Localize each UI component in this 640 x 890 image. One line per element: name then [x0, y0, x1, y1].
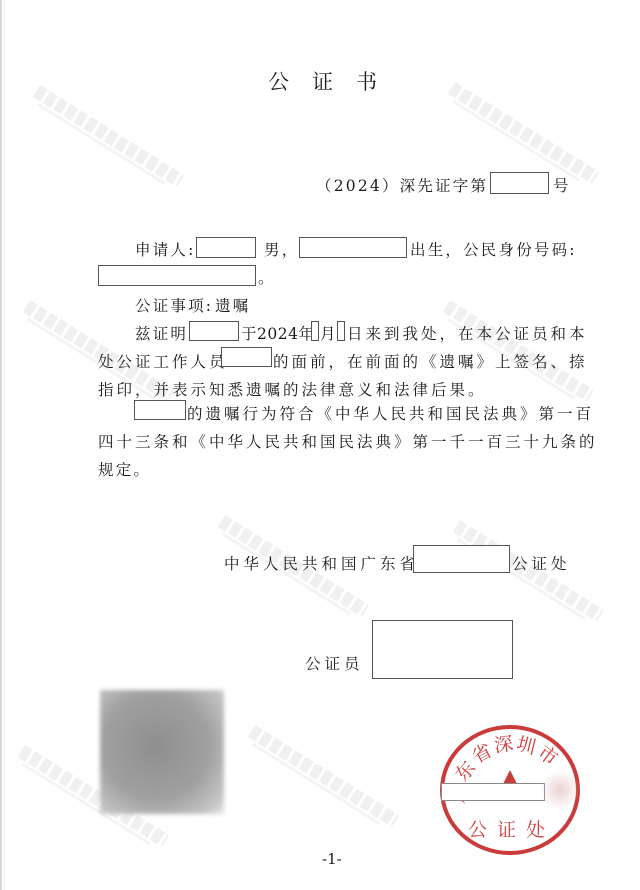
- id-suffix: 。: [258, 266, 276, 288]
- notary-label: 公证员: [305, 652, 364, 674]
- p1-text: 的面前，在前面的《遗嘱》上签名、捺: [273, 350, 588, 372]
- applicant-name-field[interactable]: [196, 237, 256, 258]
- p1-text: 指印，并表示知悉遗嘱的法律意义和法律后果。: [98, 378, 487, 400]
- case-number-prefix: （2024）深先证字第: [316, 174, 488, 196]
- title-char: 证: [312, 66, 356, 96]
- case-number-suffix: 号: [553, 174, 571, 196]
- birth-date-field[interactable]: [299, 237, 407, 258]
- applicant-gender: 男，: [264, 238, 299, 260]
- p1-staff-field[interactable]: [221, 347, 272, 367]
- seal-redaction: [441, 783, 545, 801]
- seal-bottom-text: 公证处: [468, 815, 555, 842]
- matter-label: 公证事项:: [135, 294, 213, 316]
- p1-month-label: 月: [320, 322, 338, 344]
- issuer-prefix: 中华人民共和国广东省: [224, 552, 419, 574]
- notary-signature-field[interactable]: [372, 620, 513, 679]
- applicant-label: 申请人:: [135, 238, 196, 260]
- title-char: 书: [356, 66, 400, 96]
- p1-date-prefix: 于2024年: [241, 322, 314, 344]
- redacted-image: [100, 690, 224, 814]
- p1-day-field[interactable]: [337, 321, 345, 341]
- id-number-field[interactable]: [98, 265, 256, 286]
- page-left-edge: [0, 0, 2, 890]
- title-char: 公: [268, 66, 312, 96]
- p2-name-field[interactable]: [134, 400, 186, 420]
- seal-char: 深: [492, 729, 515, 758]
- p2-text: 四十三条和《中华人民共和国民法典》第一千一百三十九条的: [98, 430, 598, 452]
- page-left-edge-inner: [4, 0, 5, 890]
- case-number-field[interactable]: [490, 172, 549, 194]
- p1-text: 处公证工作人员: [98, 350, 228, 372]
- p1-name-field[interactable]: [189, 321, 239, 341]
- watermark: [248, 725, 400, 827]
- matter-value: 遗嘱: [215, 294, 250, 316]
- seal-blur: [540, 770, 580, 810]
- p1-text: 兹证明: [135, 322, 188, 344]
- page-number: -1-: [322, 850, 342, 868]
- document-title: 公证书: [268, 66, 400, 96]
- watermark: [448, 82, 600, 184]
- p1-month-field[interactable]: [311, 321, 319, 341]
- watermark: [33, 85, 185, 187]
- p2-text: 的遗嘱行为符合《中华人民共和国民法典》第一百: [187, 402, 594, 424]
- notary-office-field[interactable]: [413, 545, 510, 573]
- birth-suffix: 出生，公民身份号码:: [410, 238, 577, 260]
- p1-text: 日来到我处，在本公证员和本: [347, 322, 588, 344]
- issuer-suffix: 公证处: [512, 552, 571, 574]
- p2-text: 规定。: [98, 458, 151, 480]
